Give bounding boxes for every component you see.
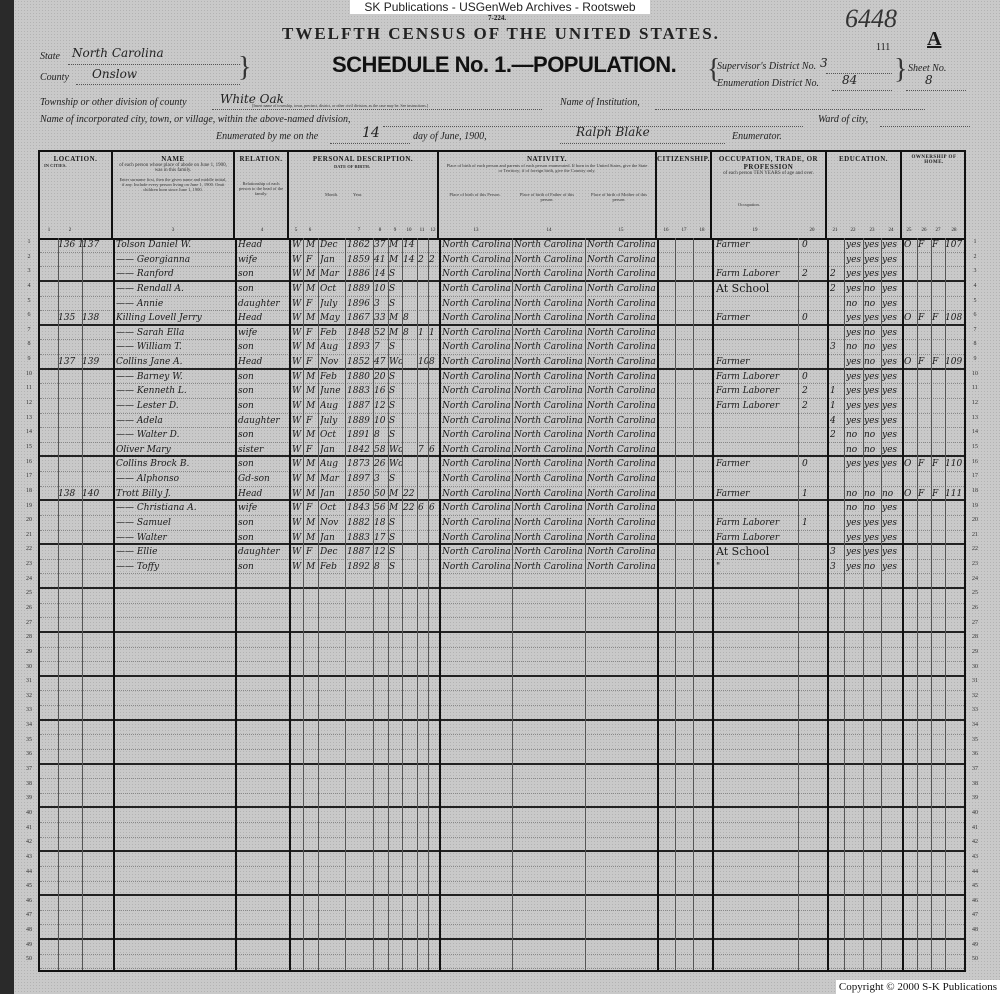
- table-row: —— Sarah EllawifeWFFeb184852M811North Ca…: [40, 326, 964, 341]
- enumerator-label: Enumerator.: [732, 131, 782, 142]
- cell-name: —— Rendall A.: [116, 282, 234, 296]
- col-group-relation: RELATION. Relationship of each person to…: [235, 152, 289, 238]
- cell-ch-born: [418, 414, 428, 428]
- cell-yrs: [403, 282, 417, 296]
- column-number: 4: [256, 228, 268, 233]
- cell-mar: M: [389, 238, 403, 252]
- cell-ch-liv: [429, 399, 439, 413]
- cell-rel: son: [238, 267, 288, 280]
- cell-read: yes: [846, 545, 862, 559]
- cell-sex: F: [306, 297, 318, 311]
- cell-fbp: North Carolina: [514, 238, 586, 252]
- table-row: [40, 838, 964, 853]
- cell-sched: [945, 472, 965, 486]
- cell-year: 1848: [347, 326, 373, 340]
- cell-ch-born: 7: [418, 443, 428, 456]
- column-number: 24: [885, 228, 897, 233]
- row-number: 47: [22, 912, 36, 918]
- table-row: [40, 589, 964, 604]
- cell-ch-liv: 2: [429, 253, 439, 267]
- cell-month: Mar: [320, 472, 346, 486]
- cell-yrs: [403, 472, 417, 486]
- cell-month: Nov: [320, 355, 346, 368]
- cell-yrs: [403, 531, 417, 544]
- cell-farm: [932, 443, 944, 456]
- column-number: 22: [847, 228, 859, 233]
- cell-ch-born: [418, 428, 428, 442]
- cell-own: [904, 297, 916, 311]
- cell-own: [904, 472, 916, 486]
- cell-sched: [945, 340, 965, 354]
- grid-line: [388, 238, 389, 970]
- cell-yrs: 22: [403, 487, 417, 500]
- cell-mar: M: [389, 326, 403, 340]
- row-number: 30: [968, 664, 982, 670]
- cell-school: [830, 355, 842, 368]
- cell-free: [918, 516, 930, 530]
- cell-free: [918, 370, 930, 384]
- cell-eng: yes: [882, 560, 900, 574]
- table-row: [40, 618, 964, 633]
- row-number: 46: [968, 898, 982, 904]
- cell-year: 1886: [347, 267, 373, 280]
- cell-fam: [82, 253, 112, 267]
- cell-mo-unemp: 2: [802, 267, 814, 280]
- row-number: 16: [22, 459, 36, 465]
- cell-fam: [82, 443, 112, 456]
- cell-school: [830, 370, 842, 384]
- cell-write: yes: [864, 253, 880, 267]
- cell-write: no: [864, 443, 880, 456]
- cell-sched: [945, 443, 965, 456]
- cell-mo-unemp: [802, 282, 814, 296]
- row-number: 11: [968, 385, 982, 391]
- cell-age: 17: [374, 531, 388, 544]
- cell-sched: [945, 370, 965, 384]
- table-row: 137139Collins Jane A.HeadWFNov185247Wd10…: [40, 355, 964, 370]
- cell-mo-unemp: 0: [802, 370, 814, 384]
- table-row: [40, 750, 964, 765]
- cell-fbp: North Carolina: [514, 253, 586, 267]
- cell-house: [58, 443, 82, 456]
- row-number: 12: [968, 400, 982, 406]
- cell-own: O: [904, 355, 916, 368]
- cell-mo-unemp: [802, 443, 814, 456]
- cell-write: no: [864, 560, 880, 574]
- cell-eng: yes: [882, 253, 900, 267]
- cell-occ: Farm Laborer: [716, 267, 796, 280]
- cell-fam: [82, 340, 112, 354]
- cell-occ: Farm Laborer: [716, 370, 796, 384]
- cell-bp: North Carolina: [442, 443, 512, 456]
- cell-ch-liv: [429, 238, 439, 252]
- cell-fbp: North Carolina: [514, 428, 586, 442]
- table-row: [40, 794, 964, 809]
- cell-bp: North Carolina: [442, 282, 512, 296]
- cell-farm: [932, 516, 944, 530]
- cell-own: O: [904, 487, 916, 500]
- cell-ch-liv: 6: [429, 501, 439, 515]
- cell-school: 2: [830, 267, 842, 280]
- cell-eng: yes: [882, 516, 900, 530]
- table-row: —— Barney W.sonWMFeb188020SNorth Carolin…: [40, 370, 964, 385]
- row-number: 23: [968, 561, 982, 567]
- cell-occ: Farmer: [716, 355, 796, 368]
- supervisor-line: [826, 73, 892, 74]
- row-number: 6: [22, 312, 36, 318]
- cell-month: Nov: [320, 516, 346, 530]
- cell-year: 1882: [347, 516, 373, 530]
- cell-sched: [945, 384, 965, 398]
- county-value: Onslow: [92, 67, 137, 81]
- row-number: 25: [22, 590, 36, 596]
- cell-mbp: North Carolina: [587, 384, 657, 398]
- row-number: 34: [968, 722, 982, 728]
- table-row: —— AnniedaughterWFJuly18963SNorth Caroli…: [40, 297, 964, 312]
- cell-free: [918, 501, 930, 515]
- cell-eng: yes: [882, 457, 900, 471]
- cell-name: —— Sarah Ella: [116, 326, 234, 340]
- row-number: 29: [22, 649, 36, 655]
- row-number: 15: [968, 444, 982, 450]
- enumeration-label: Enumeration District No.: [717, 78, 819, 89]
- column-number: 15: [615, 228, 627, 233]
- cell-free: [918, 340, 930, 354]
- column-number: 1: [43, 228, 55, 233]
- table-row: —— Kenneth L.sonWMJune188316SNorth Carol…: [40, 384, 964, 399]
- cell-mbp: North Carolina: [587, 399, 657, 413]
- grid-line: [798, 238, 799, 970]
- cell-farm: [932, 472, 944, 486]
- cell-rel: Head: [238, 487, 288, 500]
- cell-name: —— William T.: [116, 340, 234, 354]
- cell-mo-unemp: 0: [802, 311, 814, 324]
- cell-age: 8: [374, 560, 388, 574]
- cell-month: Oct: [320, 501, 346, 515]
- brace: }: [238, 52, 251, 84]
- cell-mo-unemp: [802, 472, 814, 486]
- cell-house: [58, 253, 82, 267]
- cell-eng: yes: [882, 267, 900, 280]
- cell-month: Aug: [320, 399, 346, 413]
- cell-fam: 140: [82, 487, 112, 500]
- table-row: [40, 896, 964, 911]
- cell-month: Dec: [320, 545, 346, 559]
- cell-own: [904, 399, 916, 413]
- cell-read: yes: [846, 253, 862, 267]
- cell-mar: Wd: [389, 355, 403, 368]
- cell-mbp: North Carolina: [587, 238, 657, 252]
- cell-fam: [82, 457, 112, 471]
- cell-year: 1891: [347, 428, 373, 442]
- cell-school: [830, 253, 842, 267]
- grid-line: [82, 238, 83, 970]
- cell-name: Tolson Daniel W.: [116, 238, 234, 252]
- row-number: 15: [22, 444, 36, 450]
- cell-house: [58, 384, 82, 398]
- cell-school: 3: [830, 560, 842, 574]
- column-number: 10: [403, 228, 415, 233]
- table-body: 136 137137Tolson Daniel W.HeadWMDec18623…: [40, 238, 964, 969]
- cell-read: no: [846, 340, 862, 354]
- cell-name: —— Georgianna: [116, 253, 234, 267]
- cell-sched: 108: [945, 311, 965, 324]
- cell-month: Jan: [320, 443, 346, 456]
- enumeration-line: [832, 90, 892, 91]
- cell-school: [830, 457, 842, 471]
- row-number: 20: [22, 517, 36, 523]
- cell-read: yes: [846, 326, 862, 340]
- cell-age: 10: [374, 282, 388, 296]
- row-number: 40: [22, 810, 36, 816]
- table-row: 138140Trott Billy J.HeadWMJan185050M22No…: [40, 487, 964, 502]
- row-number: 32: [968, 693, 982, 699]
- row-number: 41: [968, 825, 982, 831]
- cell-write: no: [864, 501, 880, 515]
- grid-line: [693, 238, 694, 970]
- sheet-line: [906, 90, 966, 91]
- cell-name: —— Walter: [116, 531, 234, 544]
- cell-sex: F: [306, 253, 318, 267]
- row-number: 3: [22, 268, 36, 274]
- cell-mar: S: [389, 531, 403, 544]
- cell-write: no: [864, 487, 880, 500]
- cell-mo-unemp: [802, 501, 814, 515]
- row-number: 44: [968, 869, 982, 875]
- cell-mbp: North Carolina: [587, 487, 657, 500]
- row-number: 28: [968, 634, 982, 640]
- cell-farm: F: [932, 238, 944, 252]
- cell-mbp: North Carolina: [587, 355, 657, 368]
- cell-month: July: [320, 414, 346, 428]
- cell-rel: wife: [238, 253, 288, 267]
- cell-name: —— Samuel: [116, 516, 234, 530]
- table-row: —— SamuelsonWMNov188218SNorth CarolinaNo…: [40, 516, 964, 531]
- row-number: 39: [22, 795, 36, 801]
- cell-house: [58, 399, 82, 413]
- cell-own: [904, 560, 916, 574]
- cell-year: 1843: [347, 501, 373, 515]
- cell-farm: [932, 370, 944, 384]
- cell-farm: [932, 501, 944, 515]
- cell-eng: yes: [882, 545, 900, 559]
- township-line: [212, 109, 542, 110]
- cell-farm: [932, 428, 944, 442]
- cell-age: 16: [374, 384, 388, 398]
- cell-yrs: 14: [403, 238, 417, 252]
- table-row: [40, 604, 964, 619]
- row-number: 21: [968, 532, 982, 538]
- cell-name: —— Lester D.: [116, 399, 234, 413]
- cell-school: [830, 487, 842, 500]
- cell-mbp: North Carolina: [587, 428, 657, 442]
- cell-bp: North Carolina: [442, 267, 512, 280]
- table-row: —— Rendall A.sonWMOct188910SNorth Caroli…: [40, 282, 964, 297]
- cell-free: F: [918, 311, 930, 324]
- col-group-education: EDUCATION.: [827, 152, 902, 238]
- cell-ch-liv: [429, 340, 439, 354]
- table-row: [40, 882, 964, 897]
- cell-month: Oct: [320, 282, 346, 296]
- row-number: 14: [968, 429, 982, 435]
- cell-age: 56: [374, 501, 388, 515]
- row-number: 2: [22, 254, 36, 260]
- cell-fbp: North Carolina: [514, 384, 586, 398]
- cell-fbp: North Carolina: [514, 297, 586, 311]
- cell-sex: M: [306, 340, 318, 354]
- stamp-number: 6448: [845, 4, 897, 34]
- cell-house: [58, 472, 82, 486]
- cell-sex: M: [306, 516, 318, 530]
- cell-school: [830, 501, 842, 515]
- cell-ch-born: 10: [418, 355, 428, 368]
- enumerator-line: [560, 143, 725, 144]
- cell-own: [904, 267, 916, 280]
- cell-school: 3: [830, 340, 842, 354]
- cell-mar: M: [389, 487, 403, 500]
- cell-yrs: [403, 428, 417, 442]
- cell-month: June: [320, 384, 346, 398]
- grid-line: [417, 238, 418, 970]
- row-number: 43: [968, 854, 982, 860]
- row-number: 21: [22, 532, 36, 538]
- grid-line: [58, 238, 59, 970]
- cell-sex: M: [306, 472, 318, 486]
- row-number: 1: [968, 239, 982, 245]
- table-row: —— GeorgiannawifeWFJan185941M1422North C…: [40, 253, 964, 268]
- cell-occ: Farmer: [716, 487, 796, 500]
- grid-line: [863, 238, 864, 970]
- institution-line: [655, 109, 925, 110]
- cell-free: F: [918, 355, 930, 368]
- supervisor-label: Supervisor's District No.: [717, 61, 816, 72]
- cell-mar: S: [389, 414, 403, 428]
- column-number: 16: [660, 228, 672, 233]
- column-number: 23: [866, 228, 878, 233]
- cell-fbp: North Carolina: [514, 267, 586, 280]
- cell-free: [918, 428, 930, 442]
- cell-house: [58, 428, 82, 442]
- cell-own: [904, 253, 916, 267]
- cell-ch-born: [418, 516, 428, 530]
- cell-occ: At School: [716, 282, 796, 296]
- cell-sched: [945, 253, 965, 267]
- cell-age: 37: [374, 238, 388, 252]
- cell-write: no: [864, 297, 880, 311]
- cell-rel: sister: [238, 443, 288, 456]
- cell-yrs: 22: [403, 501, 417, 515]
- cell-school: 2: [830, 282, 842, 296]
- cell-month: May: [320, 311, 346, 324]
- grid-line: [902, 238, 904, 970]
- cell-year: 1883: [347, 531, 373, 544]
- cell-rel: son: [238, 370, 288, 384]
- cell-age: 3: [374, 297, 388, 311]
- cell-own: [904, 326, 916, 340]
- cell-write: yes: [864, 238, 880, 252]
- cell-ch-born: [418, 340, 428, 354]
- township-label: Township or other division of county: [40, 97, 187, 108]
- table-row: [40, 808, 964, 823]
- row-number: 47: [968, 912, 982, 918]
- cell-house: [58, 297, 82, 311]
- cell-age: 41: [374, 253, 388, 267]
- cell-farm: [932, 531, 944, 544]
- cell-sex: M: [306, 428, 318, 442]
- cell-occ: [716, 253, 796, 267]
- grid-line: [235, 238, 237, 970]
- cell-write: no: [864, 355, 880, 368]
- cell-mbp: North Carolina: [587, 457, 657, 471]
- cell-age: 12: [374, 399, 388, 413]
- cell-name: —— Kenneth L.: [116, 384, 234, 398]
- cell-free: [918, 282, 930, 296]
- cell-name: Collins Brock B.: [116, 457, 234, 471]
- table-row: [40, 677, 964, 692]
- cell-fbp: North Carolina: [514, 414, 586, 428]
- row-number: 33: [968, 707, 982, 713]
- enumerated-prefix: Enumerated by me on the: [216, 131, 318, 142]
- cell-mbp: North Carolina: [587, 545, 657, 559]
- cell-rel: wife: [238, 501, 288, 515]
- column-number: 19: [749, 228, 761, 233]
- column-number: 7: [353, 228, 365, 233]
- row-number: 40: [968, 810, 982, 816]
- cell-mo-unemp: [802, 326, 814, 340]
- cell-sex: M: [306, 560, 318, 574]
- cell-ch-born: [418, 487, 428, 500]
- row-number: 13: [22, 415, 36, 421]
- cell-age: 33: [374, 311, 388, 324]
- cell-ch-born: [418, 370, 428, 384]
- cell-sched: [945, 560, 965, 574]
- cell-house: [58, 545, 82, 559]
- cell-write: yes: [864, 399, 880, 413]
- cell-house: [58, 531, 82, 544]
- row-number: 23: [22, 561, 36, 567]
- cell-name: Collins Jane A.: [116, 355, 234, 368]
- cell-farm: [932, 326, 944, 340]
- cell-mbp: North Carolina: [587, 560, 657, 574]
- cell-age: 14: [374, 267, 388, 280]
- cell-sched: 111: [945, 487, 965, 500]
- cell-ch-born: [418, 531, 428, 544]
- cell-own: [904, 414, 916, 428]
- cell-fbp: North Carolina: [514, 311, 586, 324]
- cell-fbp: North Carolina: [514, 370, 586, 384]
- cell-eng: yes: [882, 370, 900, 384]
- cell-ch-liv: [429, 414, 439, 428]
- cell-eng: yes: [882, 340, 900, 354]
- cell-mar: S: [389, 516, 403, 530]
- cell-month: Aug: [320, 457, 346, 471]
- cell-farm: F: [932, 355, 944, 368]
- cell-farm: [932, 414, 944, 428]
- cell-eng: no: [882, 487, 900, 500]
- cell-eng: [882, 472, 900, 486]
- table-row: —— RanfordsonWMMar188614SNorth CarolinaN…: [40, 267, 964, 282]
- cell-school: [830, 297, 842, 311]
- cell-mar: S: [389, 560, 403, 574]
- row-number: 32: [22, 693, 36, 699]
- row-number: 16: [968, 459, 982, 465]
- cell-farm: [932, 267, 944, 280]
- cell-rel: son: [238, 428, 288, 442]
- cell-mar: S: [389, 340, 403, 354]
- table-row: [40, 867, 964, 882]
- cell-bp: North Carolina: [442, 253, 512, 267]
- cell-fam: [82, 414, 112, 428]
